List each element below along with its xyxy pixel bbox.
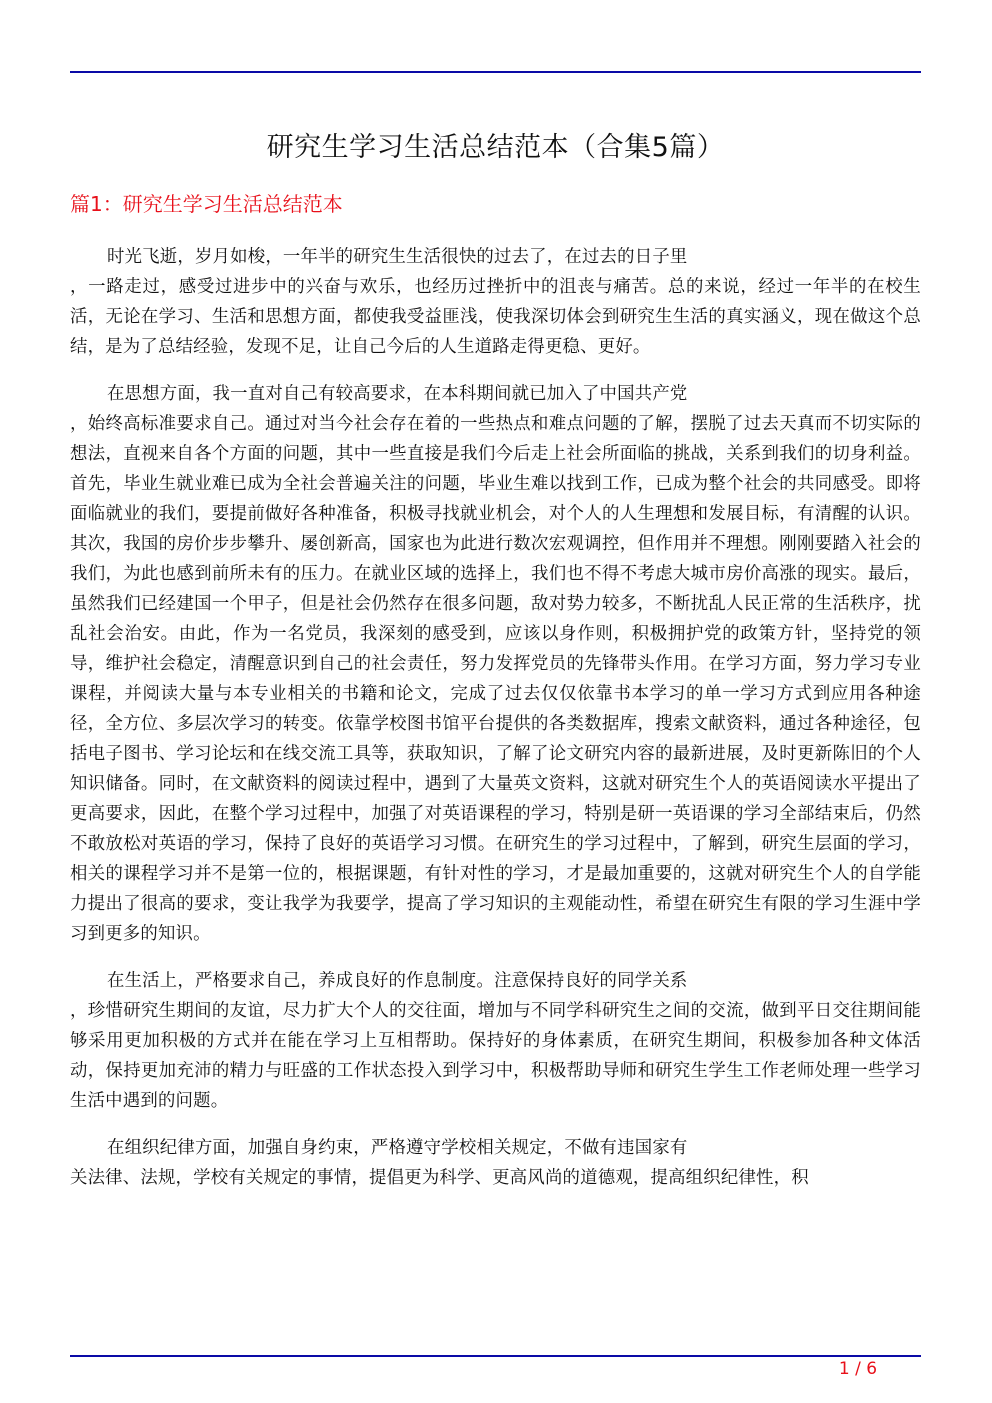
page-number: 1 / 6 xyxy=(830,1358,886,1380)
paragraph-body: ，珍惜研究生期间的友谊，尽力扩大个人的交往面，增加与不同学科研究生之间的交流，做… xyxy=(70,996,921,1116)
paragraph-first-line: 在思想方面，我一直对自己有较高要求，在本科期间就已加入了中国共产党 xyxy=(70,379,921,409)
header-rule xyxy=(70,71,921,73)
paragraph-first-line: 在组织纪律方面，加强自身约束，严格遵守学校相关规定，不做有违国家有 xyxy=(70,1133,921,1163)
paragraph-body: ，一路走过，感受过进步中的兴奋与欢乐，也经历过挫折中的沮丧与痛苦。总的来说，经过… xyxy=(70,272,921,362)
paragraph-discipline: 在组织纪律方面，加强自身约束，严格遵守学校相关规定，不做有违国家有 关法律、法规… xyxy=(70,1133,921,1193)
paragraph-intro: 时光飞逝，岁月如梭，一年半的研究生生活很快的过去了，在过去的日子里 ，一路走过，… xyxy=(70,242,921,362)
document-body: 时光飞逝，岁月如梭，一年半的研究生生活很快的过去了，在过去的日子里 ，一路走过，… xyxy=(70,242,921,1210)
paragraph-first-line: 在生活上，严格要求自己，养成良好的作息制度。注意保持良好的同学关系 xyxy=(70,966,921,996)
section-heading: 篇1：研究生学习生活总结范本 xyxy=(70,190,343,218)
paragraph-first-line: 时光飞逝，岁月如梭，一年半的研究生生活很快的过去了，在过去的日子里 xyxy=(70,242,921,272)
paragraph-life: 在生活上，严格要求自己，养成良好的作息制度。注意保持良好的同学关系 ，珍惜研究生… xyxy=(70,966,921,1116)
paragraph-body: ，始终高标准要求自己。通过对当今社会存在着的一些热点和难点问题的了解，摆脱了过去… xyxy=(70,409,921,949)
paragraph-body: 关法律、法规，学校有关规定的事情，提倡更为科学、更高风尚的道德观，提高组织纪律性… xyxy=(70,1163,921,1193)
paragraph-ideology: 在思想方面，我一直对自己有较高要求，在本科期间就已加入了中国共产党 ，始终高标准… xyxy=(70,379,921,949)
document-title: 研究生学习生活总结范本（合集5篇） xyxy=(70,130,921,166)
footer-rule xyxy=(70,1355,921,1357)
